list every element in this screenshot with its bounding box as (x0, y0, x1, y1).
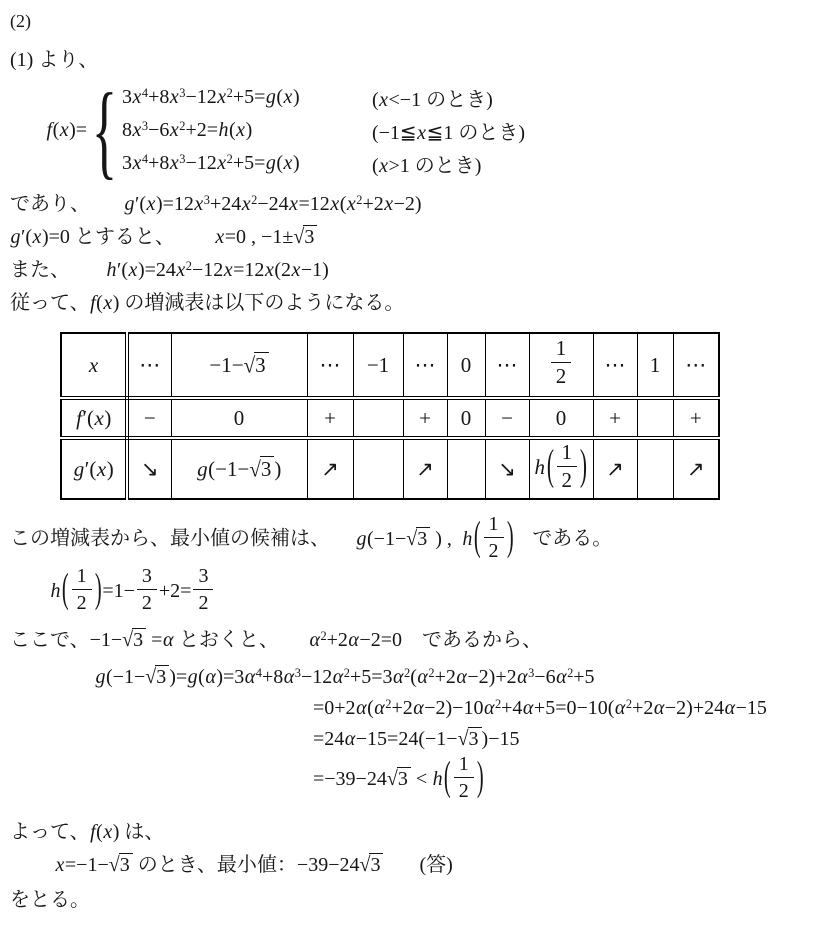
table-cell: ↘ (127, 438, 171, 499)
sqrt-radical: √3 (122, 629, 146, 651)
line-derivation-1: g(−1−√3)=g(α)=3α4+8α3−12α2+5=3α2(α2+2α−2… (95, 663, 817, 692)
part-label: (2) (10, 8, 817, 34)
table-cell: ⋯ (403, 333, 447, 398)
sqrt-radical: √3 (249, 457, 274, 481)
line-derivation-3: =24α−15=24(−1−√3)−15 (313, 725, 817, 754)
fraction: 12 (551, 337, 572, 387)
math-segment: f(x) (90, 821, 120, 843)
table-cell: − (127, 398, 171, 438)
arrow-down-icon: ↘ (141, 457, 159, 481)
increase-decrease-table: x⋯−1−√3⋯−1⋯0⋯12⋯1⋯f′(x)−0++0−0++g′(x)↘g(… (60, 332, 720, 500)
table-cell: + (307, 398, 353, 438)
big-paren-close: ) (506, 516, 513, 557)
math-segment: g′(x)=0 (10, 226, 75, 248)
fraction: 32 (137, 565, 157, 613)
piecewise-rows: 3x4+8x3−12x2+5=g(x)(x<−1 のとき)8x3−6x2+2=h… (122, 81, 525, 180)
text-segment: 従って、 (10, 292, 90, 314)
text-segment: のとき、最小値： (138, 854, 297, 876)
table-row: x⋯−1−√3⋯−1⋯0⋯12⋯1⋯ (61, 333, 719, 398)
math-segment: −39−24√3 (297, 854, 384, 876)
math-segment: x=−1−√3 (55, 854, 138, 876)
table-cell: + (403, 398, 447, 438)
table-cell: −1−√3 (171, 333, 307, 398)
big-paren-close: ) (95, 568, 102, 609)
table-cell: 0 (171, 398, 307, 438)
math-segment: =24α−15=24(−1−√3)−15 (313, 728, 520, 750)
math-segment: α2+2α−2=0 (309, 629, 402, 651)
fraction: 12 (484, 513, 504, 561)
piecewise-condition: (x>1 のとき) (372, 149, 482, 178)
math-segment: =−39−24√3 < h(12) (313, 768, 484, 790)
table-head-cell: f′(x) (61, 398, 127, 438)
fraction: 32 (193, 565, 213, 613)
sqrt-radical: √3 (145, 666, 169, 688)
math-segment: g(−1−√3 ) , h(12) (356, 528, 514, 550)
table-cell: ↘ (485, 438, 529, 499)
text-segment: であるから、 (422, 629, 542, 651)
table-cell: 0 (529, 398, 593, 438)
piecewise-row: 3x4+8x3−12x2+5=g(x)(x<−1 のとき) (122, 81, 525, 114)
sqrt-radical: √3 (387, 768, 411, 790)
line-wotoru: をとる。 (10, 886, 817, 915)
table-cell: 12 (529, 333, 593, 398)
arrow-up-icon: ↗ (416, 457, 434, 481)
text-segment: の増減表は以下のようになる。 (119, 292, 404, 314)
big-paren-open: ( (62, 568, 69, 609)
sqrt-radical: √3 (359, 854, 383, 876)
table-cell: g(−1−√3) (171, 438, 307, 499)
table-row: g′(x)↘g(−1−√3)↗↗↘h(12)↗↗ (61, 438, 719, 499)
fraction: 12 (454, 753, 474, 801)
sqrt-radical: √3 (293, 226, 317, 248)
table-cell: −1 (353, 333, 403, 398)
arrow-up-icon: ↗ (687, 457, 705, 481)
math-segment: −1−√3 =α (90, 629, 179, 651)
text-segment: とすると、 (75, 226, 175, 248)
text-segment: をとる。 (10, 889, 90, 911)
piecewise-row: 8x3−6x2+2=h(x)(−1≦x≦1 のとき) (122, 114, 525, 147)
table-cell: + (593, 398, 637, 438)
text-segment: (答) (419, 854, 452, 876)
table-cell (353, 398, 403, 438)
sqrt-radical: √3 (244, 353, 269, 377)
intro-line: (1) より、 (10, 46, 817, 75)
text-segment: ここで、 (10, 629, 90, 651)
fraction: 12 (72, 565, 92, 613)
math-solution-document: (2) (1) より、 f(x)={3x4+8x3−12x2+5=g(x)(x<… (0, 0, 817, 915)
line-answer: x=−1−√3 のとき、最小値：−39−24√3(答) (55, 851, 817, 880)
table-cell (637, 438, 673, 499)
text-segment: よって、 (10, 821, 90, 843)
sqrt-radical: √3 (458, 728, 482, 750)
big-paren-open: ( (474, 516, 481, 557)
table-cell: ↗ (403, 438, 447, 499)
math-segment: h′(x)=24x2−12x=12x(2x−1) (106, 259, 329, 281)
big-paren-close: ) (580, 444, 587, 487)
line-kokode: ここで、−1−√3 =α とおくと、α2+2α−2=0であるから、 (10, 626, 817, 655)
arrow-up-icon: ↗ (321, 457, 339, 481)
text-segment: また、 (10, 259, 70, 281)
piecewise-definition: f(x)={3x4+8x3−12x2+5=g(x)(x<−1 のとき)8x3−6… (46, 81, 817, 180)
table-cell: ↗ (593, 438, 637, 499)
line-deari: であり、g′(x)=12x3+24x2−24x=12x(x2+2x−2) (10, 190, 817, 219)
piecewise-lhs: f(x)= (46, 119, 87, 142)
sqrt-radical: √3 (109, 854, 133, 876)
line-h-half: h(12)=1−32+2=32 (50, 568, 817, 616)
math-segment: h(12)=1−32+2=32 (50, 580, 215, 602)
math-segment: g′(x)=12x3+24x2−24x=12x(x2+2x−2) (124, 193, 422, 215)
text-segment: は、 (119, 821, 164, 843)
table-cell: ⋯ (593, 333, 637, 398)
line-mata: また、h′(x)=24x2−12x=12x(2x−1) (10, 256, 817, 285)
text-segment: である。 (532, 528, 612, 550)
math-segment: f(x) (90, 292, 120, 314)
text-segment: とおくと、 (179, 629, 279, 651)
text-segment: であり、 (10, 193, 90, 215)
piecewise-formula: 8x3−6x2+2=h(x) (122, 119, 372, 142)
sqrt-radical: √3 (406, 528, 430, 550)
line-kouho: この増減表から、最小値の候補は、g(−1−√3 ) , h(12)である。 (10, 516, 817, 564)
big-paren-open: ( (546, 444, 553, 487)
line-gprime-zero: g′(x)=0 とすると、x=0 , −1±√3 (10, 223, 817, 252)
table-cell: 0 (447, 333, 485, 398)
table-cell: h(12) (529, 438, 593, 499)
line-derivation-4: =−39−24√3 < h(12) (313, 756, 817, 804)
table-cell: ⋯ (307, 333, 353, 398)
table-cell (637, 398, 673, 438)
table-head-cell: x (61, 333, 127, 398)
table-cell: − (485, 398, 529, 438)
big-paren-open: ( (444, 756, 451, 797)
piecewise-condition: (x<−1 のとき) (372, 83, 493, 112)
math-segment: =0+2α(α2+2α−2)−10α2+4α+5=0−10(α2+2α−2)+2… (313, 697, 767, 719)
piecewise-row: 3x4+8x3−12x2+5=g(x)(x>1 のとき) (122, 147, 525, 180)
table-cell: ⋯ (127, 333, 171, 398)
piecewise-formula: 3x4+8x3−12x2+5=g(x) (122, 152, 372, 175)
table-cell: ⋯ (673, 333, 719, 398)
math-segment: g(−1−√3)=g(α)=3α4+8α3−12α2+5=3α2(α2+2α−2… (95, 666, 595, 688)
line-derivation-2: =0+2α(α2+2α−2)−10α2+4α+5=0−10(α2+2α−2)+2… (313, 694, 817, 723)
line-shitagatte: 従って、f(x) の増減表は以下のようになる。 (10, 289, 817, 318)
table-head-cell: g′(x) (61, 438, 127, 499)
arrow-down-icon: ↘ (498, 457, 516, 481)
table-cell: ⋯ (485, 333, 529, 398)
arrow-up-icon: ↗ (606, 457, 624, 481)
text-segment: この増減表から、最小値の候補は、 (10, 528, 330, 550)
table-cell (447, 438, 485, 499)
piecewise-brace: { (92, 82, 117, 180)
line-yotte: よって、f(x) は、 (10, 818, 817, 847)
table-cell: ↗ (307, 438, 353, 499)
table-cell: 0 (447, 398, 485, 438)
math-segment: x=0 , −1±√3 (215, 226, 317, 248)
table-cell: ↗ (673, 438, 719, 499)
table-row: f′(x)−0++0−0++ (61, 398, 719, 438)
table-cell: 1 (637, 333, 673, 398)
fraction: 12 (557, 441, 578, 491)
table-cell (353, 438, 403, 499)
table-cell: + (673, 398, 719, 438)
piecewise-formula: 3x4+8x3−12x2+5=g(x) (122, 86, 372, 109)
piecewise-condition: (−1≦x≦1 のとき) (372, 116, 525, 145)
big-paren-close: ) (477, 756, 484, 797)
